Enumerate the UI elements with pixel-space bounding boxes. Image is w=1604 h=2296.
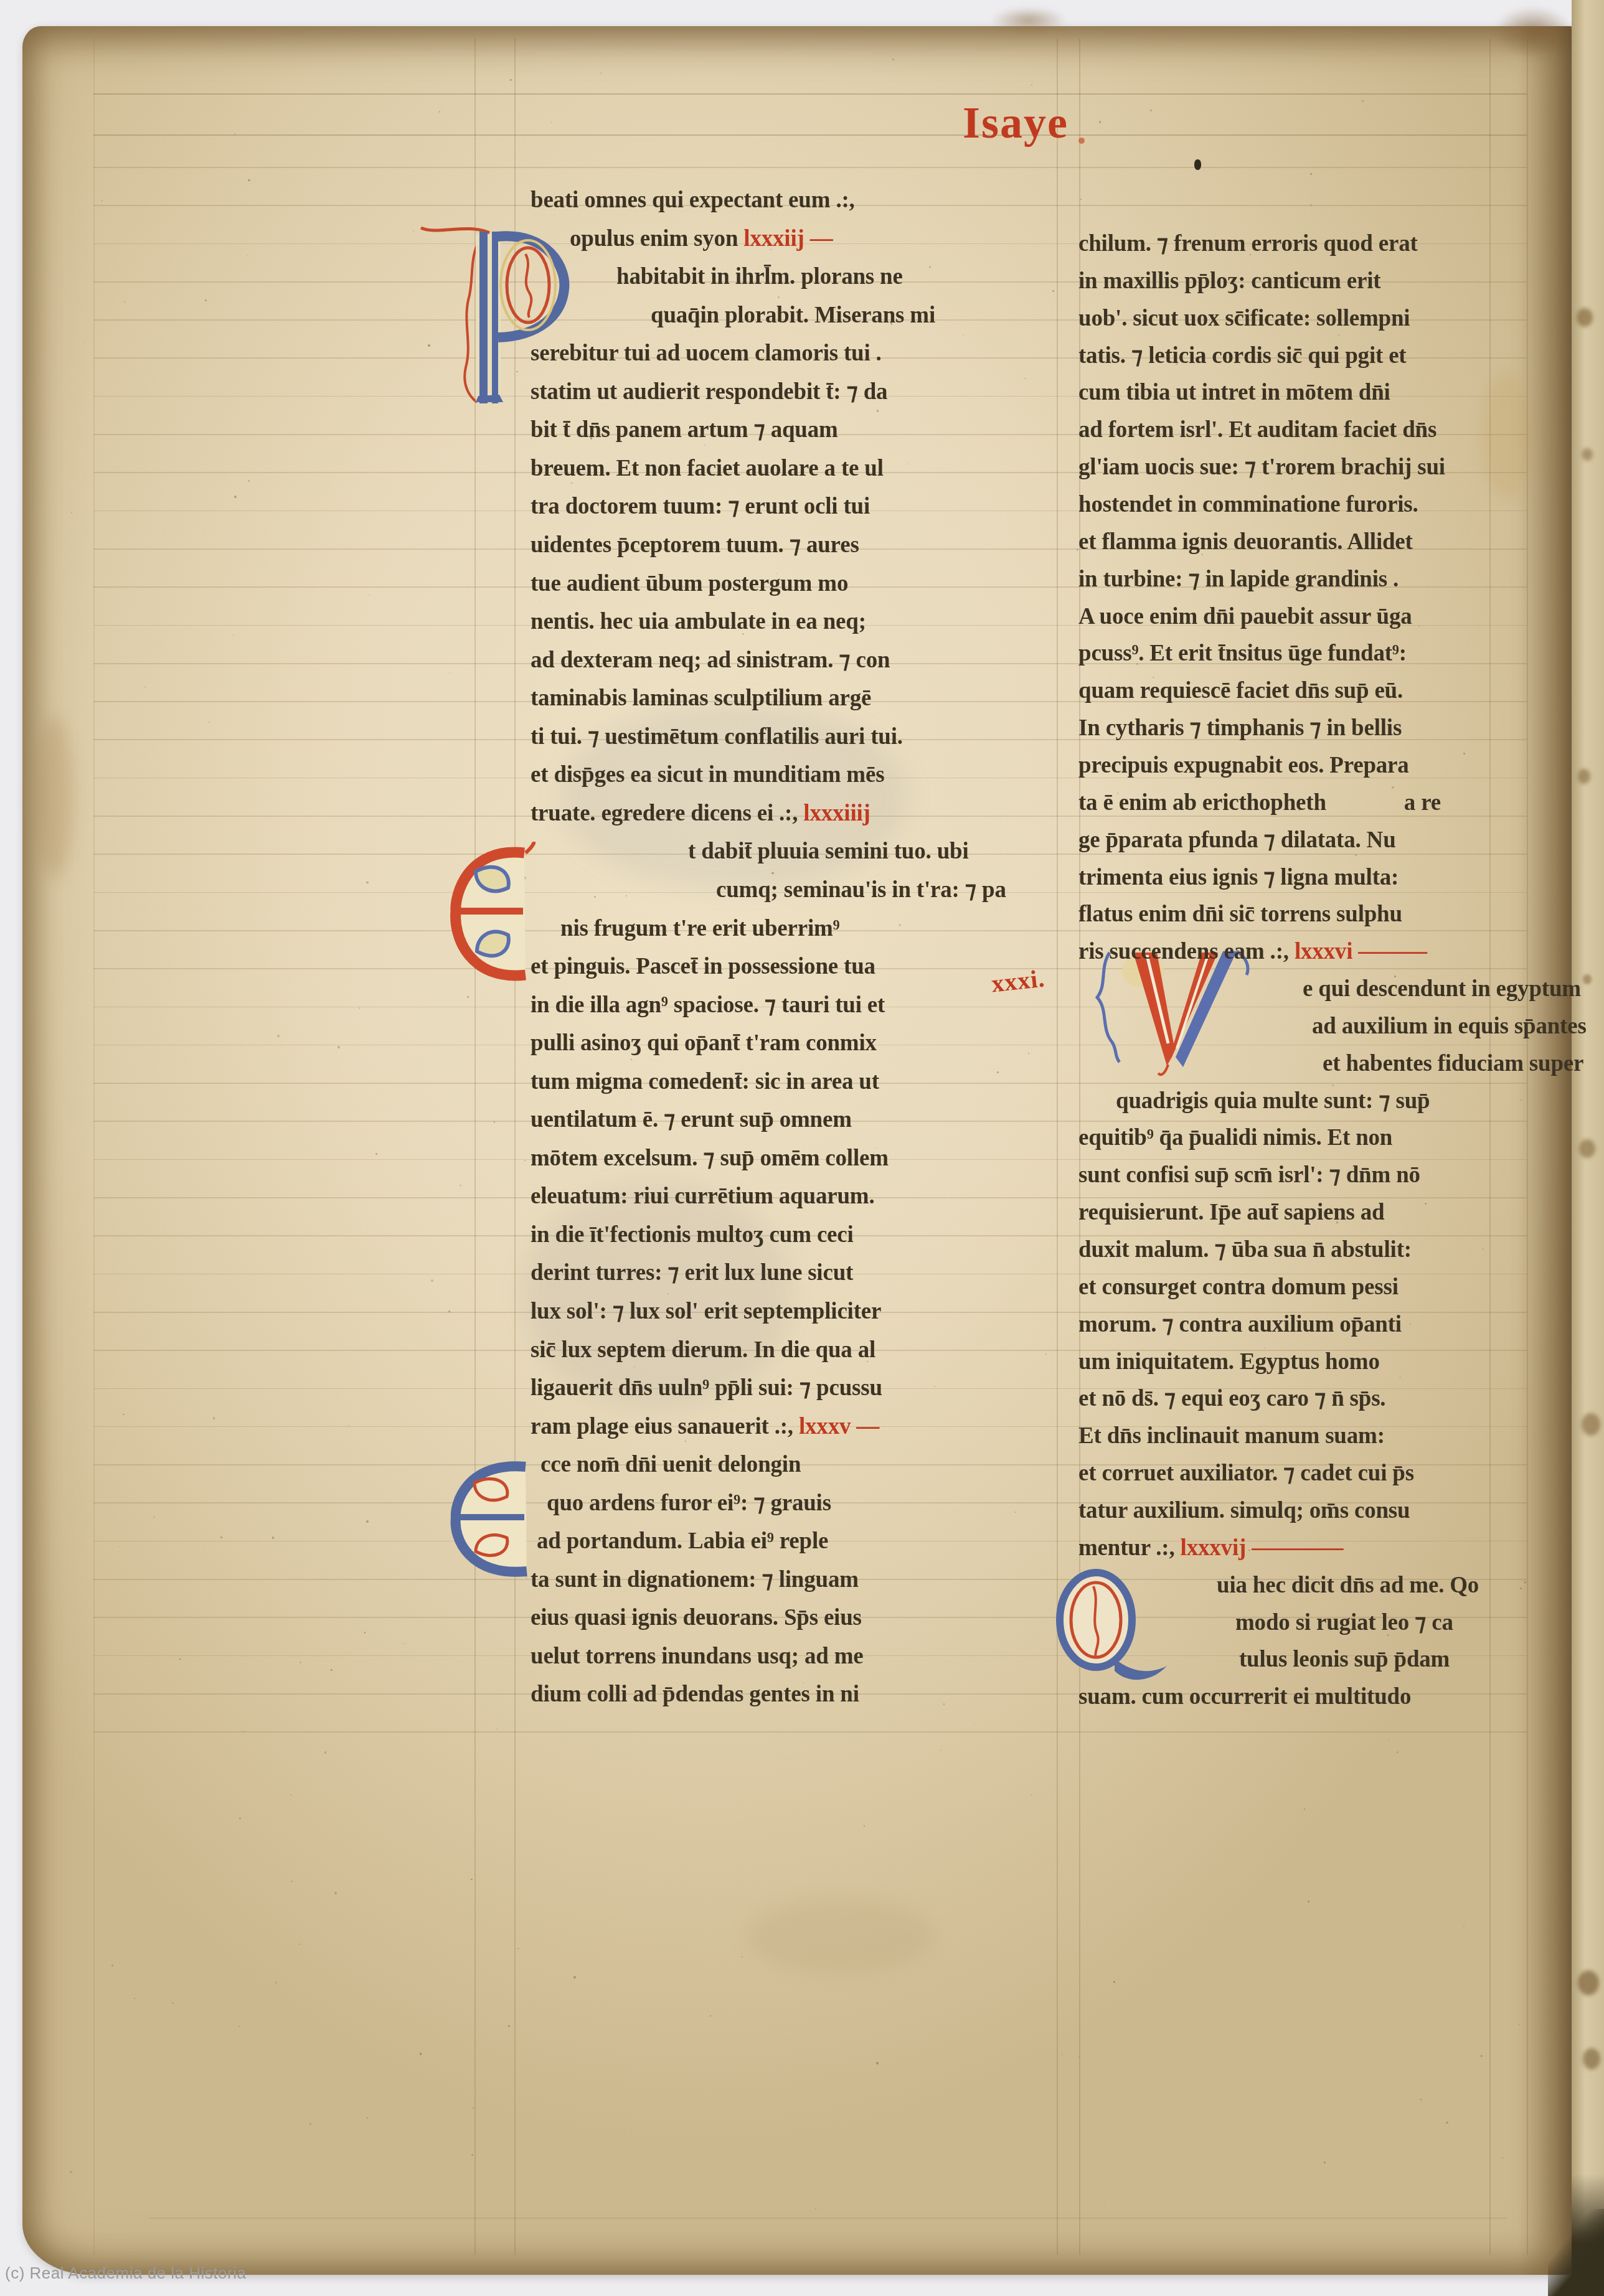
left-column-line-7: bit t̄ dn̄s panem artum ⁊ aquam <box>531 418 838 443</box>
ink-speck <box>1194 159 1201 170</box>
right-column-line-34: et corruet auxiliator. ⁊ cadet cui p̄s <box>1078 1461 1414 1487</box>
right-column-line-39: tulus leonis sup̄ p̄dam <box>1239 1647 1450 1673</box>
left-column-line-35: quo ardens furor ei⁹: ⁊ grauis <box>547 1491 831 1517</box>
right-column-line-22: ad auxilium in equis sp̄antes <box>1312 1014 1587 1040</box>
left-column-line-26: mōtem excelsum. ⁊ sup̄ omēm collem <box>531 1146 889 1172</box>
folio-spot <box>1577 308 1593 327</box>
left-column-line-4: quaq̄in plorabit. Miserans mi <box>651 303 935 329</box>
right-column-line-31: um iniquitatem. Egyptus homo <box>1078 1350 1380 1375</box>
left-column-line-14: taminabis laminas sculptilium argē <box>531 686 871 712</box>
decorated-initial-q <box>1055 1568 1173 1695</box>
right-column-line-21: e qui descendunt in egyptum <box>1303 977 1581 1002</box>
right-column-line-4: tatis. ⁊ leticia cordis sic̄ qui pgit et <box>1078 344 1406 369</box>
left-column-line-8: breuem. Et non faciet auolare a te ul <box>531 456 884 482</box>
top-margin-rule <box>93 134 1527 136</box>
left-column-line-40: dium colli ad p̄dendas gentes in ni <box>531 1682 859 1708</box>
right-column-line-35: tatur auxilium. simulq; om̄s consu <box>1078 1499 1410 1524</box>
smudge <box>747 1899 934 1974</box>
folio-spot <box>1583 2048 1600 2069</box>
folio-spot <box>1579 1139 1595 1158</box>
left-column-line-20: nis frugum t're erit uberrim⁹ <box>560 916 840 942</box>
left-column-line-37: ta sunt in dignationem: ⁊ linguam <box>531 1568 859 1593</box>
right-column-line-23: et habentes fiduciam super <box>1323 1052 1583 1077</box>
left-column-line-28: in die īt'fectionis multoʒ cum ceci <box>531 1223 854 1248</box>
left-column-line-12: nentis. hec uia ambulate in ea neq; <box>531 609 866 635</box>
left-column-line-9: tra doctorem tuum: ⁊ erunt ocli tui <box>531 494 870 520</box>
right-column-line-15: precipuis expugnabit eos. Prepara <box>1078 753 1409 779</box>
left-column-line-29: derint turres: ⁊ erit lux lune sicut <box>531 1261 853 1286</box>
right-column-line-14: In cytharis ⁊ timphanis ⁊ in bellis <box>1078 716 1402 741</box>
right-column-line-9: et flamma ignis deuorantis. Allidet <box>1078 530 1413 555</box>
left-column-line-19: cumq; seminau'is in t'ra: ⁊ pa <box>716 878 1006 903</box>
right-column-line-28: duxit malum. ⁊ ūba sua n̄ abstulit: <box>1078 1238 1412 1263</box>
left-column-line-10: uidentes p̄ceptorem tuum. ⁊ aures <box>531 533 859 558</box>
vertical-rule <box>1057 39 1058 2255</box>
right-column-line-7: gl'iam uocis sue: ⁊ t'rorem brachij sui <box>1078 455 1445 481</box>
vertical-rule <box>93 39 95 2255</box>
right-column-line-33: Et dn̄s inclinauit manum suam: <box>1078 1424 1385 1449</box>
decorated-initial-e <box>448 1458 539 1583</box>
right-column-line-19: flatus enim dn̄i sic̄ torrens sulphu <box>1078 902 1402 928</box>
left-column-line-24: tum migma comedent̄: sic in area ut <box>531 1070 879 1095</box>
right-column-line-12: pcuss⁹. Et erit t̄nsitus ūge fundat⁹: <box>1078 641 1407 667</box>
left-column-line-2: opulus enim syon lxxxiij — <box>570 227 833 252</box>
bottom-margin-rule <box>149 2218 1507 2219</box>
right-column-line-30: morum. ⁊ contra auxilium op̄anti <box>1078 1312 1402 1338</box>
stain <box>1482 374 1532 498</box>
right-column-line-5: cum tibia ut intret in mōtem dn̄i <box>1078 380 1390 406</box>
right-column-line-32: et nō ds̄. ⁊ equi eoʒ caro ⁊ n̄ sp̄s. <box>1078 1386 1385 1412</box>
right-column-line-29: et consurget contra domum pessi <box>1078 1275 1399 1301</box>
right-column-line-24: quadrigis quia multe sunt: ⁊ sup̄ <box>1116 1089 1430 1114</box>
folio-spot <box>1582 448 1593 461</box>
right-column-line-36: mentur .:, lxxxvij ———— <box>1078 1536 1343 1561</box>
left-column-line-32: ligauerit dn̄s uuln⁹ pp̄li sui: ⁊ pcussu <box>531 1376 882 1401</box>
right-column-line-18: trimenta eius ignis ⁊ ligna multa: <box>1078 865 1399 891</box>
folio-spot <box>1583 974 1592 984</box>
left-column-line-11: tue audient ūbum postergum mo <box>531 572 848 597</box>
left-column-line-1: beati omnes qui expectant eum .:, <box>531 188 855 214</box>
right-column-line-11: A uoce enim dn̄i pauebit assur ūga <box>1078 605 1412 630</box>
chapter-number-rubric: lxxxv — <box>799 1414 879 1439</box>
left-column-line-15: ti tui. ⁊ uestimētum conflatilis auri tu… <box>531 725 903 750</box>
left-column-line-36: ad portandum. Labia ei⁹ reple <box>537 1529 828 1555</box>
left-column-line-17: truate. egredere dicens ei .:, lxxxiiij <box>531 801 870 827</box>
right-column-line-27: requisierunt. Ip̄e aut̄ sapiens ad <box>1078 1200 1385 1226</box>
right-column-line-10: in turbine: ⁊ in lapide grandinis . <box>1078 567 1399 593</box>
right-column-line-13: quam requiescē faciet dn̄s sup̄ eū. <box>1078 679 1403 704</box>
right-column-line-26: sunt confisi sup̄ scm̄ isrl': ⁊ dn̄m nō <box>1078 1163 1420 1188</box>
left-column-line-33: ram plage eius sanauerit .:, lxxxv — <box>531 1414 879 1440</box>
right-column-line-40: suam. cum occurrerit ei multitudo <box>1078 1685 1411 1710</box>
decorated-initial-v <box>1073 950 1291 1081</box>
chapter-number-rubric: lxxxiiij <box>803 801 870 826</box>
top-margin-rule <box>93 93 1527 95</box>
red-flourish <box>421 228 489 233</box>
left-column-line-34: cce nom̄ dn̄i uenit delongin <box>540 1452 801 1478</box>
folio-spot <box>1582 1413 1600 1436</box>
running-title: Isaye <box>963 97 1069 149</box>
left-column-line-13: ad dexteram neq; ad sinistram. ⁊ con <box>531 648 890 674</box>
right-column-line-6: ad fortem isrl'. Et auditam faciet dn̄s <box>1078 418 1437 443</box>
right-column-line-37: uia hec dicit dn̄s ad me. Qo <box>1217 1573 1479 1599</box>
vertical-rule <box>1489 39 1491 2255</box>
left-column-line-16: et disp̄ges ea sicut in munditiam mēs <box>531 763 884 788</box>
right-column-line-2: in maxillis pp̄loʒ: canticum erit <box>1078 269 1380 294</box>
corner-shadow <box>1548 2209 1604 2296</box>
decorated-initial-e <box>448 842 535 989</box>
left-column-line-5: serebitur tui ad uocem clamoris tui . <box>531 341 882 367</box>
left-column-line-3: habitabit in ihrl̄m. plorans ne <box>616 265 903 290</box>
stain <box>36 716 73 878</box>
copyright-watermark: (c) Real Academia de la Historia <box>5 2264 246 2283</box>
left-column-line-25: uentilatum ē. ⁊ erunt sup̄ omnem <box>531 1108 852 1133</box>
right-column-line-25: equitib⁹ q̄a p̄ualidi nimis. Et non <box>1078 1126 1392 1151</box>
left-column-line-27: eleuatum: riui currētium aquarum. <box>531 1184 874 1210</box>
stain <box>1493 6 1573 59</box>
right-column-line-1: chilum. ⁊ frenum erroris quod erat <box>1078 232 1418 257</box>
folio-spot <box>1578 769 1590 784</box>
left-column-line-22: in die illa agn⁹ spaciose. ⁊ tauri tui e… <box>531 993 885 1019</box>
left-column-line-30: lux sol': ⁊ lux sol' erit septempliciter <box>531 1299 881 1325</box>
folio-spot <box>1578 1970 1599 1995</box>
chapter-number-rubric: lxxxiij — <box>743 226 833 252</box>
chapter-number-rubric: lxxxvij ———— <box>1181 1535 1344 1561</box>
left-column-line-21: et pinguis. Pascet̄ in possessione tua <box>531 954 875 980</box>
right-column-line-17: ge p̄parata pfunda ⁊ dilatata. Nu <box>1078 828 1396 854</box>
right-column-line-20: ris succendens eam .:, lxxxvi ——— <box>1078 939 1427 965</box>
right-column-line-8: hostendet in comminatione furoris. <box>1078 492 1418 518</box>
stain <box>991 7 1066 34</box>
right-column-line-3: uob'. sicut uox sc̄ificate: sollempni <box>1078 306 1410 332</box>
chapter-number-rubric: lxxxvi ——— <box>1295 939 1427 964</box>
show-through-patch <box>523 1183 791 1407</box>
left-column-line-31: sic̄ lux septem dierum. In die qua al <box>531 1338 875 1363</box>
left-column-line-18: t dabit̄ pluuia semini tuo. ubi <box>688 839 968 865</box>
left-column-line-23: pulli asinoʒ qui op̄ant̄ t'ram conmix <box>531 1031 877 1056</box>
left-column-line-6: statim ut audierit respondebit t̄: ⁊ da <box>531 380 887 405</box>
manuscript-scan: Isaye xxxi. <box>0 0 1604 2296</box>
left-column-line-38: eius quasi ignis deuorans. Sp̄s eius <box>531 1606 862 1631</box>
right-column-line-38: modo si rugiat leo ⁊ ca <box>1235 1611 1453 1636</box>
left-column-line-39: uelut torrens inundans usq; ad me <box>531 1644 864 1670</box>
chapter-margin-note: xxxi. <box>990 964 1047 999</box>
vertical-rule <box>1527 39 1528 2255</box>
right-column-line-16: ta ē enim ab ericthophetha re <box>1078 791 1441 816</box>
